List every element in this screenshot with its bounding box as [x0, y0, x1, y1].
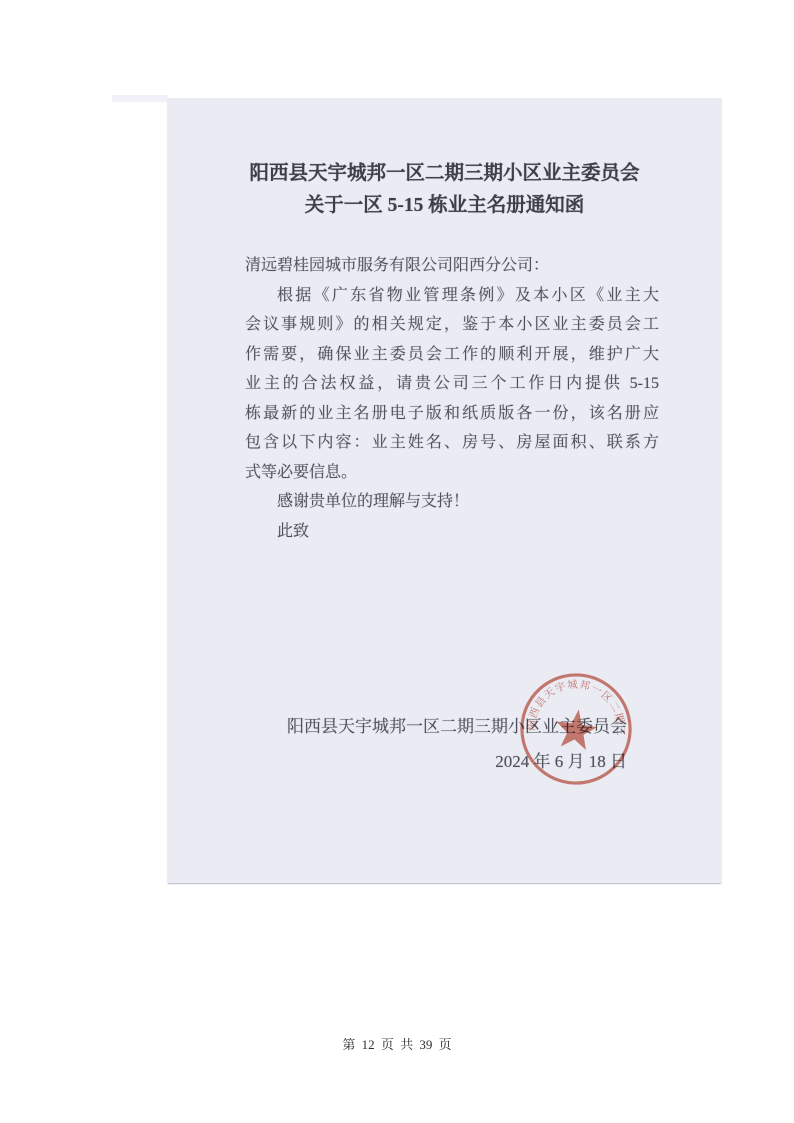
- closing-line: 此致: [245, 517, 659, 547]
- scanned-letter: 阳西县天宇城邦一区二期三期小区业主委员会 关于一区 5-15 栋业主名册通知函 …: [167, 98, 722, 883]
- paper-edge-notch: [112, 95, 168, 102]
- paragraph-line: 业主的合法权益，请贵公司三个工作日内提供 5-15: [245, 369, 659, 399]
- paragraph-line: 式等必要信息。: [245, 458, 659, 488]
- salutation-line: 清远碧桂园城市服务有限公司阳西分公司：: [245, 251, 659, 281]
- paragraph-line: 包含以下内容：业主姓名、房号、房屋面积、联系方: [245, 428, 659, 458]
- page-background: 阳西县天宇城邦一区二期三期小区业主委员会 关于一区 5-15 栋业主名册通知函 …: [0, 0, 794, 1123]
- letter-body: 清远碧桂园城市服务有限公司阳西分公司： 根据《广东省物业管理条例》及本小区《业主…: [245, 251, 659, 546]
- official-seal: 阳西县天宇城邦一区二期三期小区业主委员会: [509, 662, 642, 795]
- star-icon: [553, 707, 599, 751]
- letter-title: 阳西县天宇城邦一区二期三期小区业主委员会 关于一区 5-15 栋业主名册通知函: [207, 158, 682, 222]
- paragraph-line: 会议事规则》的相关规定，鉴于本小区业主委员会工: [245, 310, 659, 340]
- paragraph-line: 栋最新的业主名册电子版和纸质版各一份，该名册应: [245, 399, 659, 429]
- page-indicator: 第 12 页 共 39 页: [342, 1037, 451, 1052]
- paragraph-line: 根据《广东省物业管理条例》及本小区《业主大: [245, 281, 659, 311]
- page-footer: 第 12 页 共 39 页: [0, 1034, 794, 1053]
- paragraph-line: 作需要，确保业主委员会工作的顺利开展，维护广大: [245, 340, 659, 370]
- letter-title-line2: 关于一区 5-15 栋业主名册通知函: [207, 190, 682, 222]
- thanks-line: 感谢贵单位的理解与支持！: [245, 487, 659, 517]
- letter-title-line1: 阳西县天宇城邦一区二期三期小区业主委员会: [207, 158, 682, 190]
